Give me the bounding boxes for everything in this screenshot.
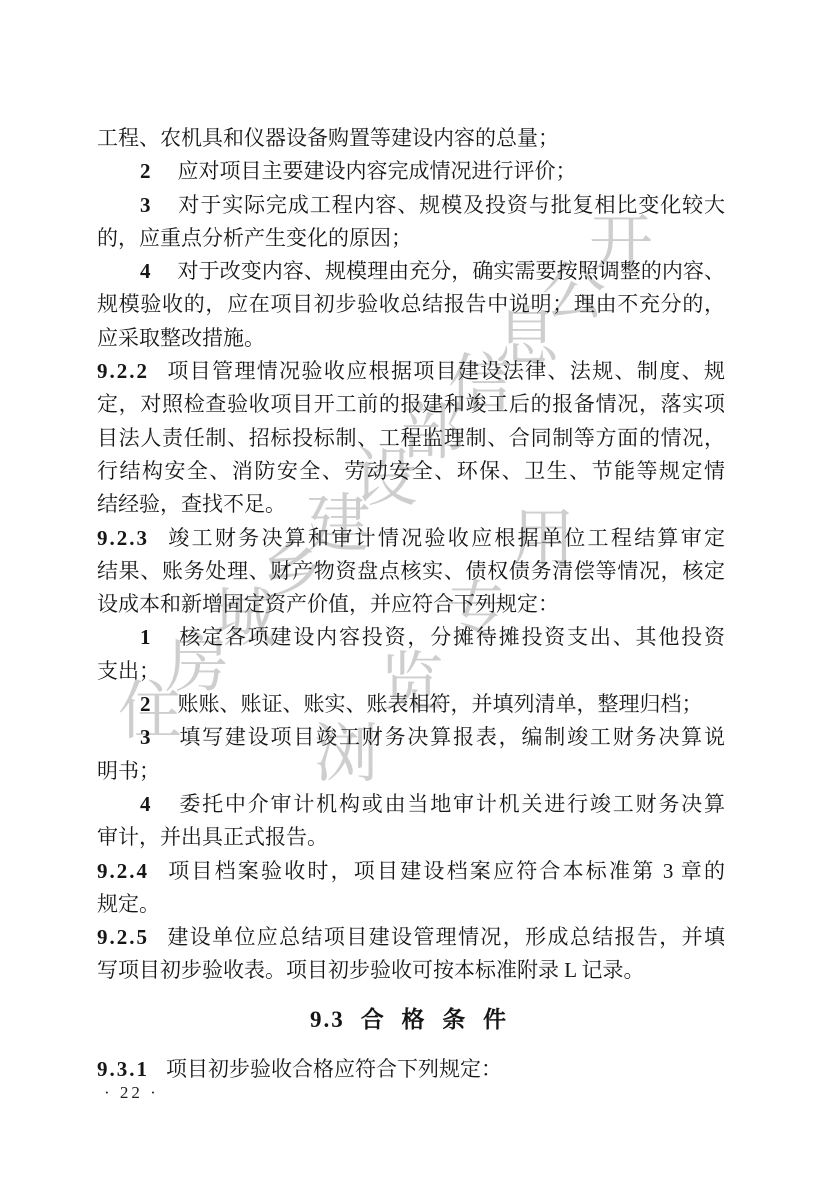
- body-lines-after-heading: 9.3.1项目初步验收合格应符合下列规定：: [97, 1053, 725, 1086]
- section-heading-title: 合 格 条 件: [361, 1007, 512, 1032]
- clause-line: 9.2.2项目管理情况验收应根据项目建设法律、法规、制度、规: [97, 355, 725, 388]
- text-line: 写项目初步验收表。项目初步验收可按本标准附录 L 记录。: [97, 954, 725, 987]
- line-text: 工程、农机具和仪器设备购置等建设内容的总量；: [97, 126, 559, 150]
- line-text: 对于实际完成工程内容、规模及投资与批复相比变化较大: [178, 193, 726, 217]
- text-line: 行结构安全、消防安全、劳动安全、环保、卫生、节能等规定情况，总: [97, 455, 725, 488]
- clause-number: 9.3.1: [97, 1057, 149, 1081]
- line-text: 审计，并出具正式报告。: [97, 825, 328, 849]
- list-item-line: 3填写建设项目竣工财务决算报表，编制竣工财务决算说: [97, 721, 725, 754]
- text-line: 支出；: [97, 655, 725, 688]
- list-item-number: 1: [140, 625, 151, 649]
- list-item-number: 4: [140, 792, 151, 816]
- clause-number: 9.2.5: [97, 925, 149, 949]
- page-number: · 22 ·: [104, 1083, 159, 1103]
- line-text: 支出；: [97, 659, 160, 683]
- line-text: 应对项目主要建设内容完成情况进行评价；: [178, 159, 577, 183]
- text-line: 规定。: [97, 888, 725, 921]
- list-item-number: 3: [140, 193, 151, 217]
- list-item-number: 4: [140, 259, 151, 283]
- text-line: 工程、农机具和仪器设备购置等建设内容的总量；: [97, 122, 725, 155]
- line-text: 行结构安全、消防安全、劳动安全、环保、卫生、节能等规定情况，总: [97, 459, 725, 488]
- line-text: 项目管理情况验收应根据项目建设法律、法规、制度、规: [166, 359, 725, 383]
- document-page: 住房城乡建设部信息公开浏览专用 工程、农机具和仪器设备购置等建设内容的总量；2应…: [0, 0, 827, 1199]
- line-text: 的，应重点分析产生变化的原因；: [97, 226, 412, 250]
- clause-line: 9.2.5建设单位应总结项目建设管理情况，形成总结报告，并填: [97, 921, 725, 954]
- clause-number: 9.2.2: [97, 359, 149, 383]
- line-text: 竣工财务决算和审计情况验收应根据单位工程结算审定: [166, 526, 725, 550]
- text-line: 结经验，查找不足。: [97, 488, 725, 521]
- line-text: 定，对照检查验收项目开工前的报建和竣工后的报备情况，落实项: [97, 392, 725, 416]
- list-item-line: 1核定各项建设内容投资，分摊待摊投资支出、其他投资: [97, 621, 725, 654]
- text-line: 定，对照检查验收项目开工前的报建和竣工后的报备情况，落实项: [97, 388, 725, 421]
- list-item-number: 2: [140, 159, 151, 183]
- clause-number: 9.2.4: [97, 859, 149, 883]
- line-text: 委托中介审计机构或由当地审计机关进行竣工财务决算: [178, 792, 726, 816]
- list-item-number: 2: [140, 692, 151, 716]
- line-text: 应采取整改措施。: [97, 326, 265, 350]
- text-column: 工程、农机具和仪器设备购置等建设内容的总量；2应对项目主要建设内容完成情况进行评…: [97, 122, 725, 1086]
- list-item-line: 2账账、账证、账实、账表相符，并填列清单，整理归档；: [97, 688, 725, 721]
- line-text: 建设单位应总结项目建设管理情况，形成总结报告，并填: [166, 925, 725, 949]
- list-item-line: 3对于实际完成工程内容、规模及投资与批复相比变化较大: [97, 189, 725, 222]
- text-line: 明书；: [97, 755, 725, 788]
- text-line: 规模验收的，应在项目初步验收总结报告中说明；理由不充分的，: [97, 288, 725, 321]
- text-line: 设成本和新增固定资产价值，并应符合下列规定：: [97, 588, 725, 621]
- line-text: 规定。: [97, 892, 160, 916]
- list-item-line: 2应对项目主要建设内容完成情况进行评价；: [97, 155, 725, 188]
- text-line: 目法人责任制、招标投标制、工程监理制、合同制等方面的情况，执: [97, 422, 725, 455]
- line-text: 明书；: [97, 759, 160, 783]
- line-text: 目法人责任制、招标投标制、工程监理制、合同制等方面的情况，执: [97, 426, 725, 455]
- line-text: 结经验，查找不足。: [97, 492, 286, 516]
- clause-line: 9.3.1项目初步验收合格应符合下列规定：: [97, 1053, 725, 1086]
- body-lines-before-heading: 工程、农机具和仪器设备购置等建设内容的总量；2应对项目主要建设内容完成情况进行评…: [97, 122, 725, 988]
- list-item-line: 4对于改变内容、规模理由充分，确实需要按照调整的内容、: [97, 255, 725, 288]
- line-text: 设成本和新增固定资产价值，并应符合下列规定：: [97, 592, 559, 616]
- line-text: 项目档案验收时，项目建设档案应符合本标准第 3 章的: [166, 859, 725, 883]
- list-item-line: 4委托中介审计机构或由当地审计机关进行竣工财务决算: [97, 788, 725, 821]
- line-text: 项目初步验收合格应符合下列规定：: [166, 1057, 502, 1081]
- text-line: 结果、账务处理、财产物资盘点核实、债权债务清偿等情况，核定建: [97, 555, 725, 588]
- line-text: 核定各项建设内容投资，分摊待摊投资支出、其他投资: [178, 625, 726, 649]
- clause-line: 9.2.3竣工财务决算和审计情况验收应根据单位工程结算审定: [97, 522, 725, 555]
- text-line: 审计，并出具正式报告。: [97, 821, 725, 854]
- line-text: 写项目初步验收表。项目初步验收可按本标准附录 L 记录。: [97, 958, 645, 982]
- text-line: 的，应重点分析产生变化的原因；: [97, 222, 725, 255]
- line-text: 填写建设项目竣工财务决算报表，编制竣工财务决算说: [178, 725, 726, 749]
- line-text: 账账、账证、账实、账表相符，并填列清单，整理归档；: [178, 692, 703, 716]
- section-heading-number: 9.3: [310, 1007, 345, 1032]
- line-text: 规模验收的，应在项目初步验收总结报告中说明；理由不充分的，: [97, 292, 725, 316]
- clause-number: 9.2.3: [97, 526, 149, 550]
- section-heading: 9.3合 格 条 件: [97, 1003, 725, 1036]
- line-text: 结果、账务处理、财产物资盘点核实、债权债务清偿等情况，核定建: [97, 559, 725, 588]
- text-line: 应采取整改措施。: [97, 322, 725, 355]
- list-item-number: 3: [140, 725, 151, 749]
- line-text: 对于改变内容、规模理由充分，确实需要按照调整的内容、: [178, 259, 726, 283]
- clause-line: 9.2.4项目档案验收时，项目建设档案应符合本标准第 3 章的: [97, 855, 725, 888]
